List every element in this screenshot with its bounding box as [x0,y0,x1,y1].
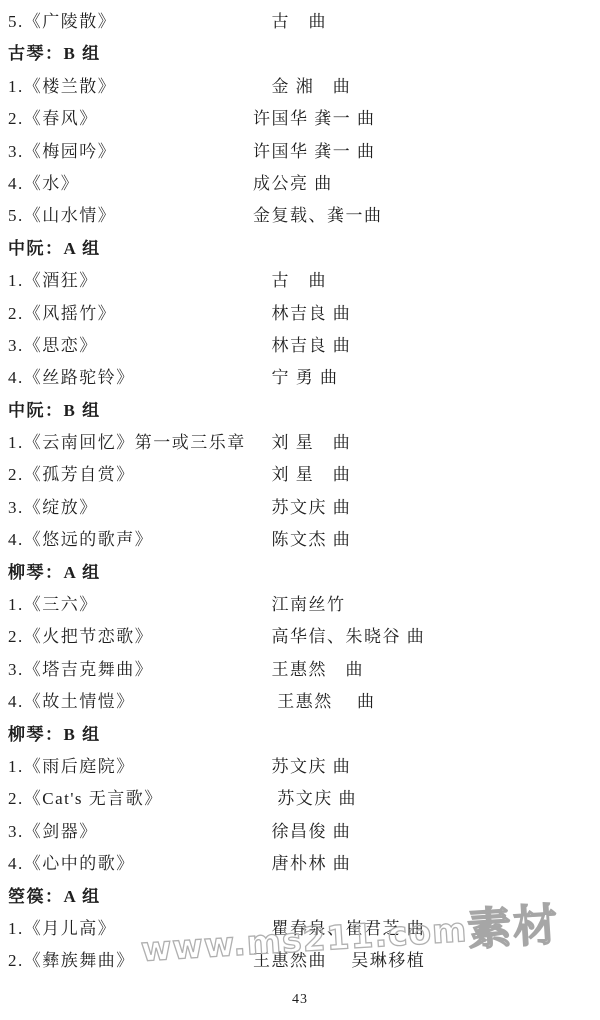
item-number-and-title: 1.《酒狂》 [8,271,98,290]
item-number-and-title: 1.《三六》 [8,595,98,614]
item-composer: 金复载、龚一曲 [253,200,383,232]
list-item: 1.《月儿高》 瞿春泉、崔君芝 曲 [8,913,600,945]
list-item: 5.《山水情》金复载、龚一曲 [8,200,600,232]
item-number-and-title: 2.《孤芳自赏》 [8,465,135,484]
item-number-and-title: 2.《风摇竹》 [8,304,116,323]
item-composer: 苏文庆 曲 [253,492,351,524]
list-item: 2.《孤芳自赏》 刘 星 曲 [8,459,600,491]
item-composer: 陈文杰 曲 [253,524,351,556]
item-composer: 林吉良 曲 [253,330,351,362]
list-item: 2.《火把节恋歌》 高华信、朱晓谷 曲 [8,621,600,653]
section-header: 箜篌：A 组 [8,881,600,913]
list-item: 3.《剑器》 徐昌俊 曲 [8,816,600,848]
item-composer: 王惠然 曲 [253,654,364,686]
item-composer: 苏文庆 曲 [253,783,357,815]
item-composer: 徐昌俊 曲 [253,816,351,848]
item-number-and-title: 3.《剑器》 [8,822,98,841]
item-composer: 江南丝竹 [253,589,346,621]
section-header-label: 古琴：B 组 [8,44,101,63]
list-item: 4.《丝路驼铃》 宁 勇 曲 [8,362,600,394]
list-item: 1.《三六》 江南丝竹 [8,589,600,621]
list-item: 5.《广陵散》 古 曲 [8,6,600,38]
item-composer: 金 湘 曲 [253,71,351,103]
item-number-and-title: 1.《云南回忆》第一或三乐章 [8,433,246,452]
list-item: 1.《雨后庭院》 苏文庆 曲 [8,751,600,783]
item-number-and-title: 1.《月儿高》 [8,919,116,938]
item-number-and-title: 3.《思恋》 [8,336,98,355]
list-item: 2.《风摇竹》 林吉良 曲 [8,298,600,330]
list-item: 3.《塔吉克舞曲》 王惠然 曲 [8,654,600,686]
section-header-label: 柳琴：B 组 [8,725,101,744]
section-header: 中阮：B 组 [8,395,600,427]
item-number-and-title: 4.《水》 [8,174,79,193]
section-header: 古琴：B 组 [8,38,600,70]
item-number-and-title: 4.《故土情愷》 [8,692,135,711]
section-header: 柳琴：B 组 [8,719,600,751]
page-number: 43 [0,992,600,1008]
item-number-and-title: 2.《Cat's 无言歌》 [8,789,163,808]
section-header-label: 箜篌：A 组 [8,887,101,906]
item-composer: 唐朴林 曲 [253,848,351,880]
list-item: 4.《心中的歌》 唐朴林 曲 [8,848,600,880]
section-header-label: 中阮：A 组 [8,239,101,258]
item-composer: 王惠然 曲 [253,686,376,718]
list-item: 2.《Cat's 无言歌》 苏文庆 曲 [8,783,600,815]
item-number-and-title: 3.《绽放》 [8,498,98,517]
item-number-and-title: 5.《广陵散》 [8,12,116,31]
item-number-and-title: 3.《梅园吟》 [8,142,116,161]
repertoire-list: 5.《广陵散》 古 曲古琴：B 组1.《楼兰散》 金 湘 曲2.《春风》许国华 … [8,6,600,978]
item-number-and-title: 2.《火把节恋歌》 [8,627,153,646]
list-item: 1.《云南回忆》第一或三乐章 刘 星 曲 [8,427,600,459]
item-number-and-title: 2.《彝族舞曲》 [8,951,135,970]
list-item: 2.《春风》许国华 龚一 曲 [8,103,600,135]
item-composer: 高华信、朱晓谷 曲 [253,621,425,653]
item-composer: 许国华 龚一 曲 [253,103,376,135]
item-composer: 成公亮 曲 [253,168,333,200]
item-number-and-title: 3.《塔吉克舞曲》 [8,660,153,679]
item-number-and-title: 2.《春风》 [8,109,98,128]
list-item: 3.《思恋》 林吉良 曲 [8,330,600,362]
item-composer: 古 曲 [253,265,327,297]
item-composer: 王惠然曲 吴琳移植 [253,945,425,977]
section-header-label: 中阮：B 组 [8,401,101,420]
item-composer: 刘 星 曲 [253,427,351,459]
item-composer: 古 曲 [253,6,327,38]
item-composer: 宁 勇 曲 [253,362,339,394]
list-item: 1.《酒狂》 古 曲 [8,265,600,297]
item-number-and-title: 4.《丝路驼铃》 [8,368,135,387]
list-item: 2.《彝族舞曲》王惠然曲 吴琳移植 [8,945,600,977]
item-composer: 许国华 龚一 曲 [253,136,376,168]
list-item: 1.《楼兰散》 金 湘 曲 [8,71,600,103]
item-number-and-title: 1.《雨后庭院》 [8,757,135,776]
list-item: 4.《水》成公亮 曲 [8,168,600,200]
list-item: 3.《绽放》 苏文庆 曲 [8,492,600,524]
item-number-and-title: 4.《心中的歌》 [8,854,135,873]
section-header: 中阮：A 组 [8,233,600,265]
list-item: 4.《故土情愷》 王惠然 曲 [8,686,600,718]
section-header: 柳琴：A 组 [8,557,600,589]
list-item: 4.《悠远的歌声》 陈文杰 曲 [8,524,600,556]
item-composer: 刘 星 曲 [253,459,351,491]
item-composer: 瞿春泉、崔君芝 曲 [253,913,425,945]
item-composer: 苏文庆 曲 [253,751,351,783]
document-page: 5.《广陵散》 古 曲古琴：B 组1.《楼兰散》 金 湘 曲2.《春风》许国华 … [0,0,600,1020]
item-number-and-title: 4.《悠远的歌声》 [8,530,153,549]
section-header-label: 柳琴：A 组 [8,563,101,582]
list-item: 3.《梅园吟》许国华 龚一 曲 [8,136,600,168]
item-number-and-title: 5.《山水情》 [8,206,116,225]
item-number-and-title: 1.《楼兰散》 [8,77,116,96]
item-composer: 林吉良 曲 [253,298,351,330]
